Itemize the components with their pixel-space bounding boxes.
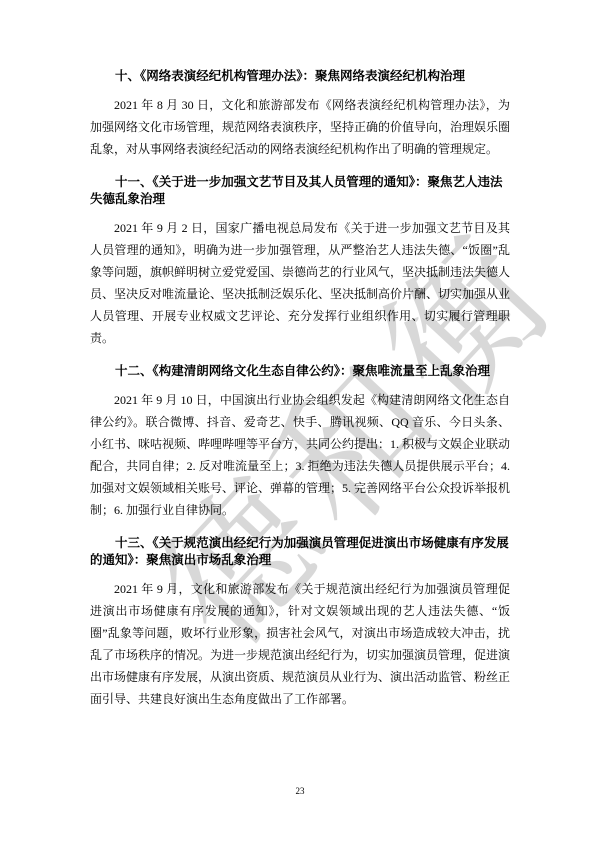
document-page: 德和衡 十、《网络表演经纪机构管理办法》：聚焦网络表演经纪机构治理 2021 年…: [0, 0, 600, 849]
page-number: 23: [0, 786, 600, 796]
section-13-heading: 十三、《关于规范演出经纪行为加强演员管理促进演出市场健康有序发展的通知》：聚焦演…: [90, 535, 510, 569]
section-10-heading: 十、《网络表演经纪机构管理办法》：聚焦网络表演经纪机构治理: [90, 68, 510, 85]
section-13-paragraph: 2021 年 9 月，文化和旅游部发布《关于规范演出经纪行为加强演员管理促进演出…: [90, 578, 510, 710]
document-content: 十、《网络表演经纪机构管理办法》：聚焦网络表演经纪机构治理 2021 年 8 月…: [90, 68, 510, 718]
section-10-paragraph: 2021 年 8 月 30 日，文化和旅游部发布《网络表演经纪机构管理办法》，为…: [90, 94, 510, 160]
section-12-heading: 十二、《构建清朗网络文化生态自律公约》：聚焦唯流量至上乱象治理: [90, 363, 510, 380]
section-11-heading: 十一、《关于进一步加强文艺节目及其人员管理的通知》：聚焦艺人违法失德乱象治理: [90, 174, 510, 208]
section-11-paragraph: 2021 年 9 月 2 日，国家广播电视总局发布《关于进一步加强文艺节目及其人…: [90, 217, 510, 349]
section-12-paragraph: 2021 年 9 月 10 日，中国演出行业协会组织发起《构建清朗网络文化生态自…: [90, 389, 510, 521]
